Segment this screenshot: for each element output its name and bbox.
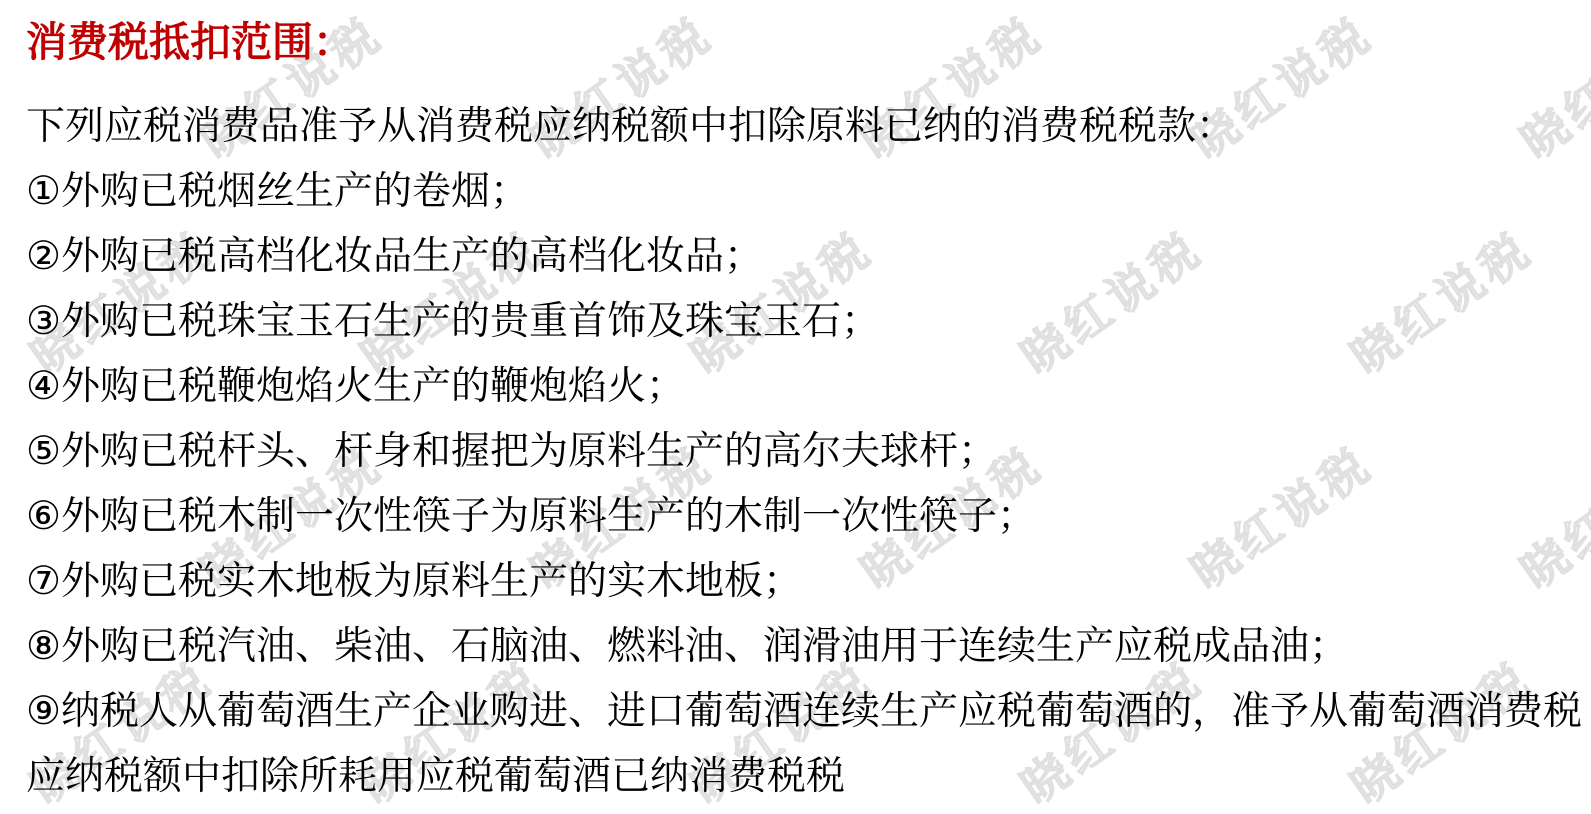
list-item: ④外购已税鞭炮焰火生产的鞭炮焰火； bbox=[26, 354, 1591, 419]
list-item: ⑥外购已税木制一次性筷子为原料生产的木制一次性筷子； bbox=[26, 484, 1591, 549]
slide: { "page": { "background_color": "#ffffff… bbox=[0, 0, 1591, 814]
intro-line: 下列应税消费品准予从消费税应纳税额中扣除原料已纳的消费税税款： bbox=[26, 94, 1591, 159]
list-item: ⑨纳税人从葡萄酒生产企业购进、进口葡萄酒连续生产应税葡萄酒的，准予从葡萄酒消费税… bbox=[26, 679, 1591, 809]
page-title: 消费税抵扣范围： bbox=[26, 12, 1591, 72]
list-item: ①外购已税烟丝生产的卷烟； bbox=[26, 159, 1591, 224]
document-body: 消费税抵扣范围： 下列应税消费品准予从消费税应纳税额中扣除原料已纳的消费税税款：… bbox=[0, 0, 1591, 814]
list-item: ⑧外购已税汽油、柴油、石脑油、燃料油、润滑油用于连续生产应税成品油； bbox=[26, 614, 1591, 679]
list-item: ②外购已税高档化妆品生产的高档化妆品； bbox=[26, 224, 1591, 289]
list-item: ③外购已税珠宝玉石生产的贵重首饰及珠宝玉石； bbox=[26, 289, 1591, 354]
items-list: ①外购已税烟丝生产的卷烟；②外购已税高档化妆品生产的高档化妆品；③外购已税珠宝玉… bbox=[26, 159, 1591, 809]
list-item: ⑦外购已税实木地板为原料生产的实木地板； bbox=[26, 549, 1591, 614]
list-item: ⑤外购已税杆头、杆身和握把为原料生产的高尔夫球杆； bbox=[26, 419, 1591, 484]
